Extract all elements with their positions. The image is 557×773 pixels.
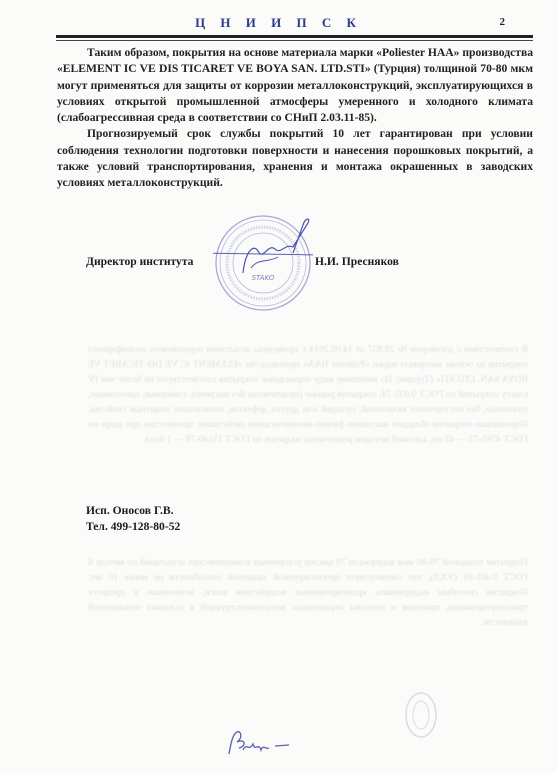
header-rule-thin — [56, 40, 533, 41]
header-rule-thick — [56, 35, 533, 38]
official-stamp-icon: STAKO — [213, 213, 313, 313]
paragraph-conclusion: Таким образом, покрытия на основе матери… — [57, 45, 533, 126]
signatory-title: Директор института — [86, 255, 193, 268]
executor-phone: Тел. 499-128-80-52 — [86, 519, 180, 535]
paragraph-service-life: Прогнозируемый срок службы покрытий 10 л… — [57, 126, 533, 191]
contact-block: Исп. Оносов Г.В. Тел. 499-128-80-52 — [86, 503, 180, 535]
bleed-through-text-lower: Покрытия толщиной 70-80 мкм выдержали 70… — [88, 555, 528, 675]
signatory-name: Н.И. Пресняков — [315, 255, 399, 268]
page-number: 2 — [500, 16, 506, 28]
document-body: Таким образом, покрытия на основе матери… — [57, 45, 533, 192]
executor-name: Исп. Оносов Г.В. — [86, 503, 180, 519]
handwritten-initials-icon — [225, 728, 305, 762]
faint-stamp-icon — [403, 690, 439, 740]
institute-header-title: Ц Н И И П С К — [0, 15, 557, 31]
svg-text:STAKO: STAKO — [252, 274, 275, 282]
document-page: В соответствии с договором № 28.857 от 1… — [0, 0, 557, 773]
